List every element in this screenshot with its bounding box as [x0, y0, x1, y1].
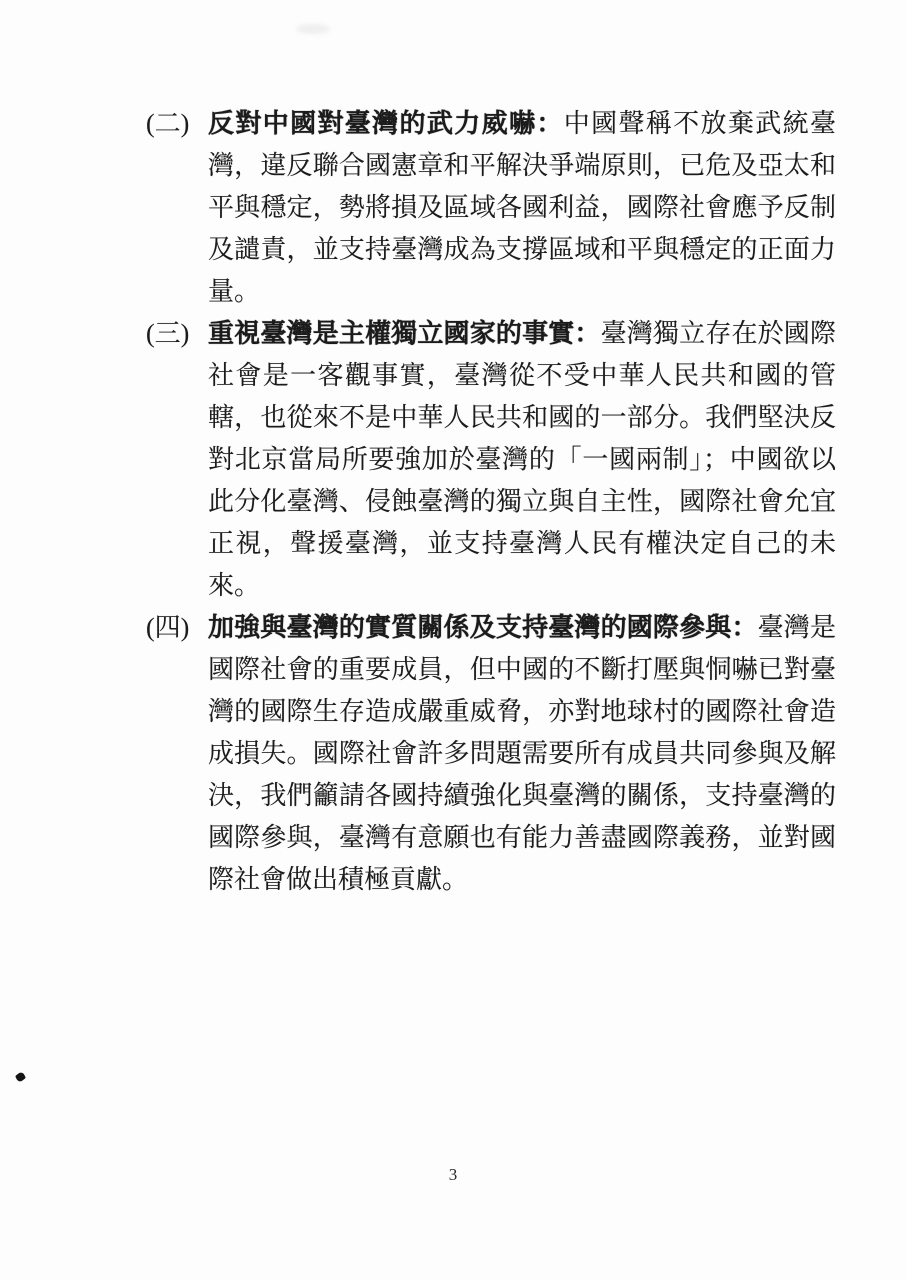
list-item-4: (四) 加強與臺灣的實質關係及支持臺灣的國際參與：臺灣是國際社會的重要成員，但中… [146, 607, 836, 901]
list-marker: (二) [146, 103, 208, 313]
list-item-3: (三) 重視臺灣是主權獨立國家的事實：臺灣獨立存在於國際社會是一客觀事實，臺灣從… [146, 313, 836, 607]
scan-smudge [296, 24, 330, 34]
list-marker: (三) [146, 313, 208, 607]
paragraph-text: 反對中國對臺灣的武力威嚇：中國聲稱不放棄武統臺灣，違反聯合國憲章和平解決爭端原則… [208, 103, 836, 313]
paragraph-heading: 重視臺灣是主權獨立國家的事實： [208, 319, 601, 348]
scan-speck [15, 1071, 26, 1084]
paragraph-body: 臺灣獨立存在於國際社會是一客觀事實，臺灣從不受中華人民共和國的管轄，也從來不是中… [208, 319, 836, 600]
list-marker: (四) [146, 607, 208, 901]
paragraph-heading: 加強與臺灣的實質關係及支持臺灣的國際參與： [208, 613, 758, 642]
scanned-document-page: (二) 反對中國對臺灣的武力威嚇：中國聲稱不放棄武統臺灣，違反聯合國憲章和平解決… [0, 0, 906, 1280]
paragraph-body: 臺灣是國際社會的重要成員，但中國的不斷打壓與恫嚇已對臺灣的國際生存造成嚴重威脅，… [208, 613, 836, 894]
list-item-2: (二) 反對中國對臺灣的武力威嚇：中國聲稱不放棄武統臺灣，違反聯合國憲章和平解決… [146, 103, 836, 313]
page-number: 3 [437, 1163, 469, 1187]
paragraph-list: (二) 反對中國對臺灣的武力威嚇：中國聲稱不放棄武統臺灣，違反聯合國憲章和平解決… [146, 103, 836, 901]
paragraph-text: 加強與臺灣的實質關係及支持臺灣的國際參與：臺灣是國際社會的重要成員，但中國的不斷… [208, 607, 836, 901]
paragraph-text: 重視臺灣是主權獨立國家的事實：臺灣獨立存在於國際社會是一客觀事實，臺灣從不受中華… [208, 313, 836, 607]
paragraph-body: 中國聲稱不放棄武統臺灣，違反聯合國憲章和平解決爭端原則，已危及亞太和平與穩定，勢… [208, 109, 836, 306]
paragraph-heading: 反對中國對臺灣的武力威嚇： [208, 109, 564, 138]
